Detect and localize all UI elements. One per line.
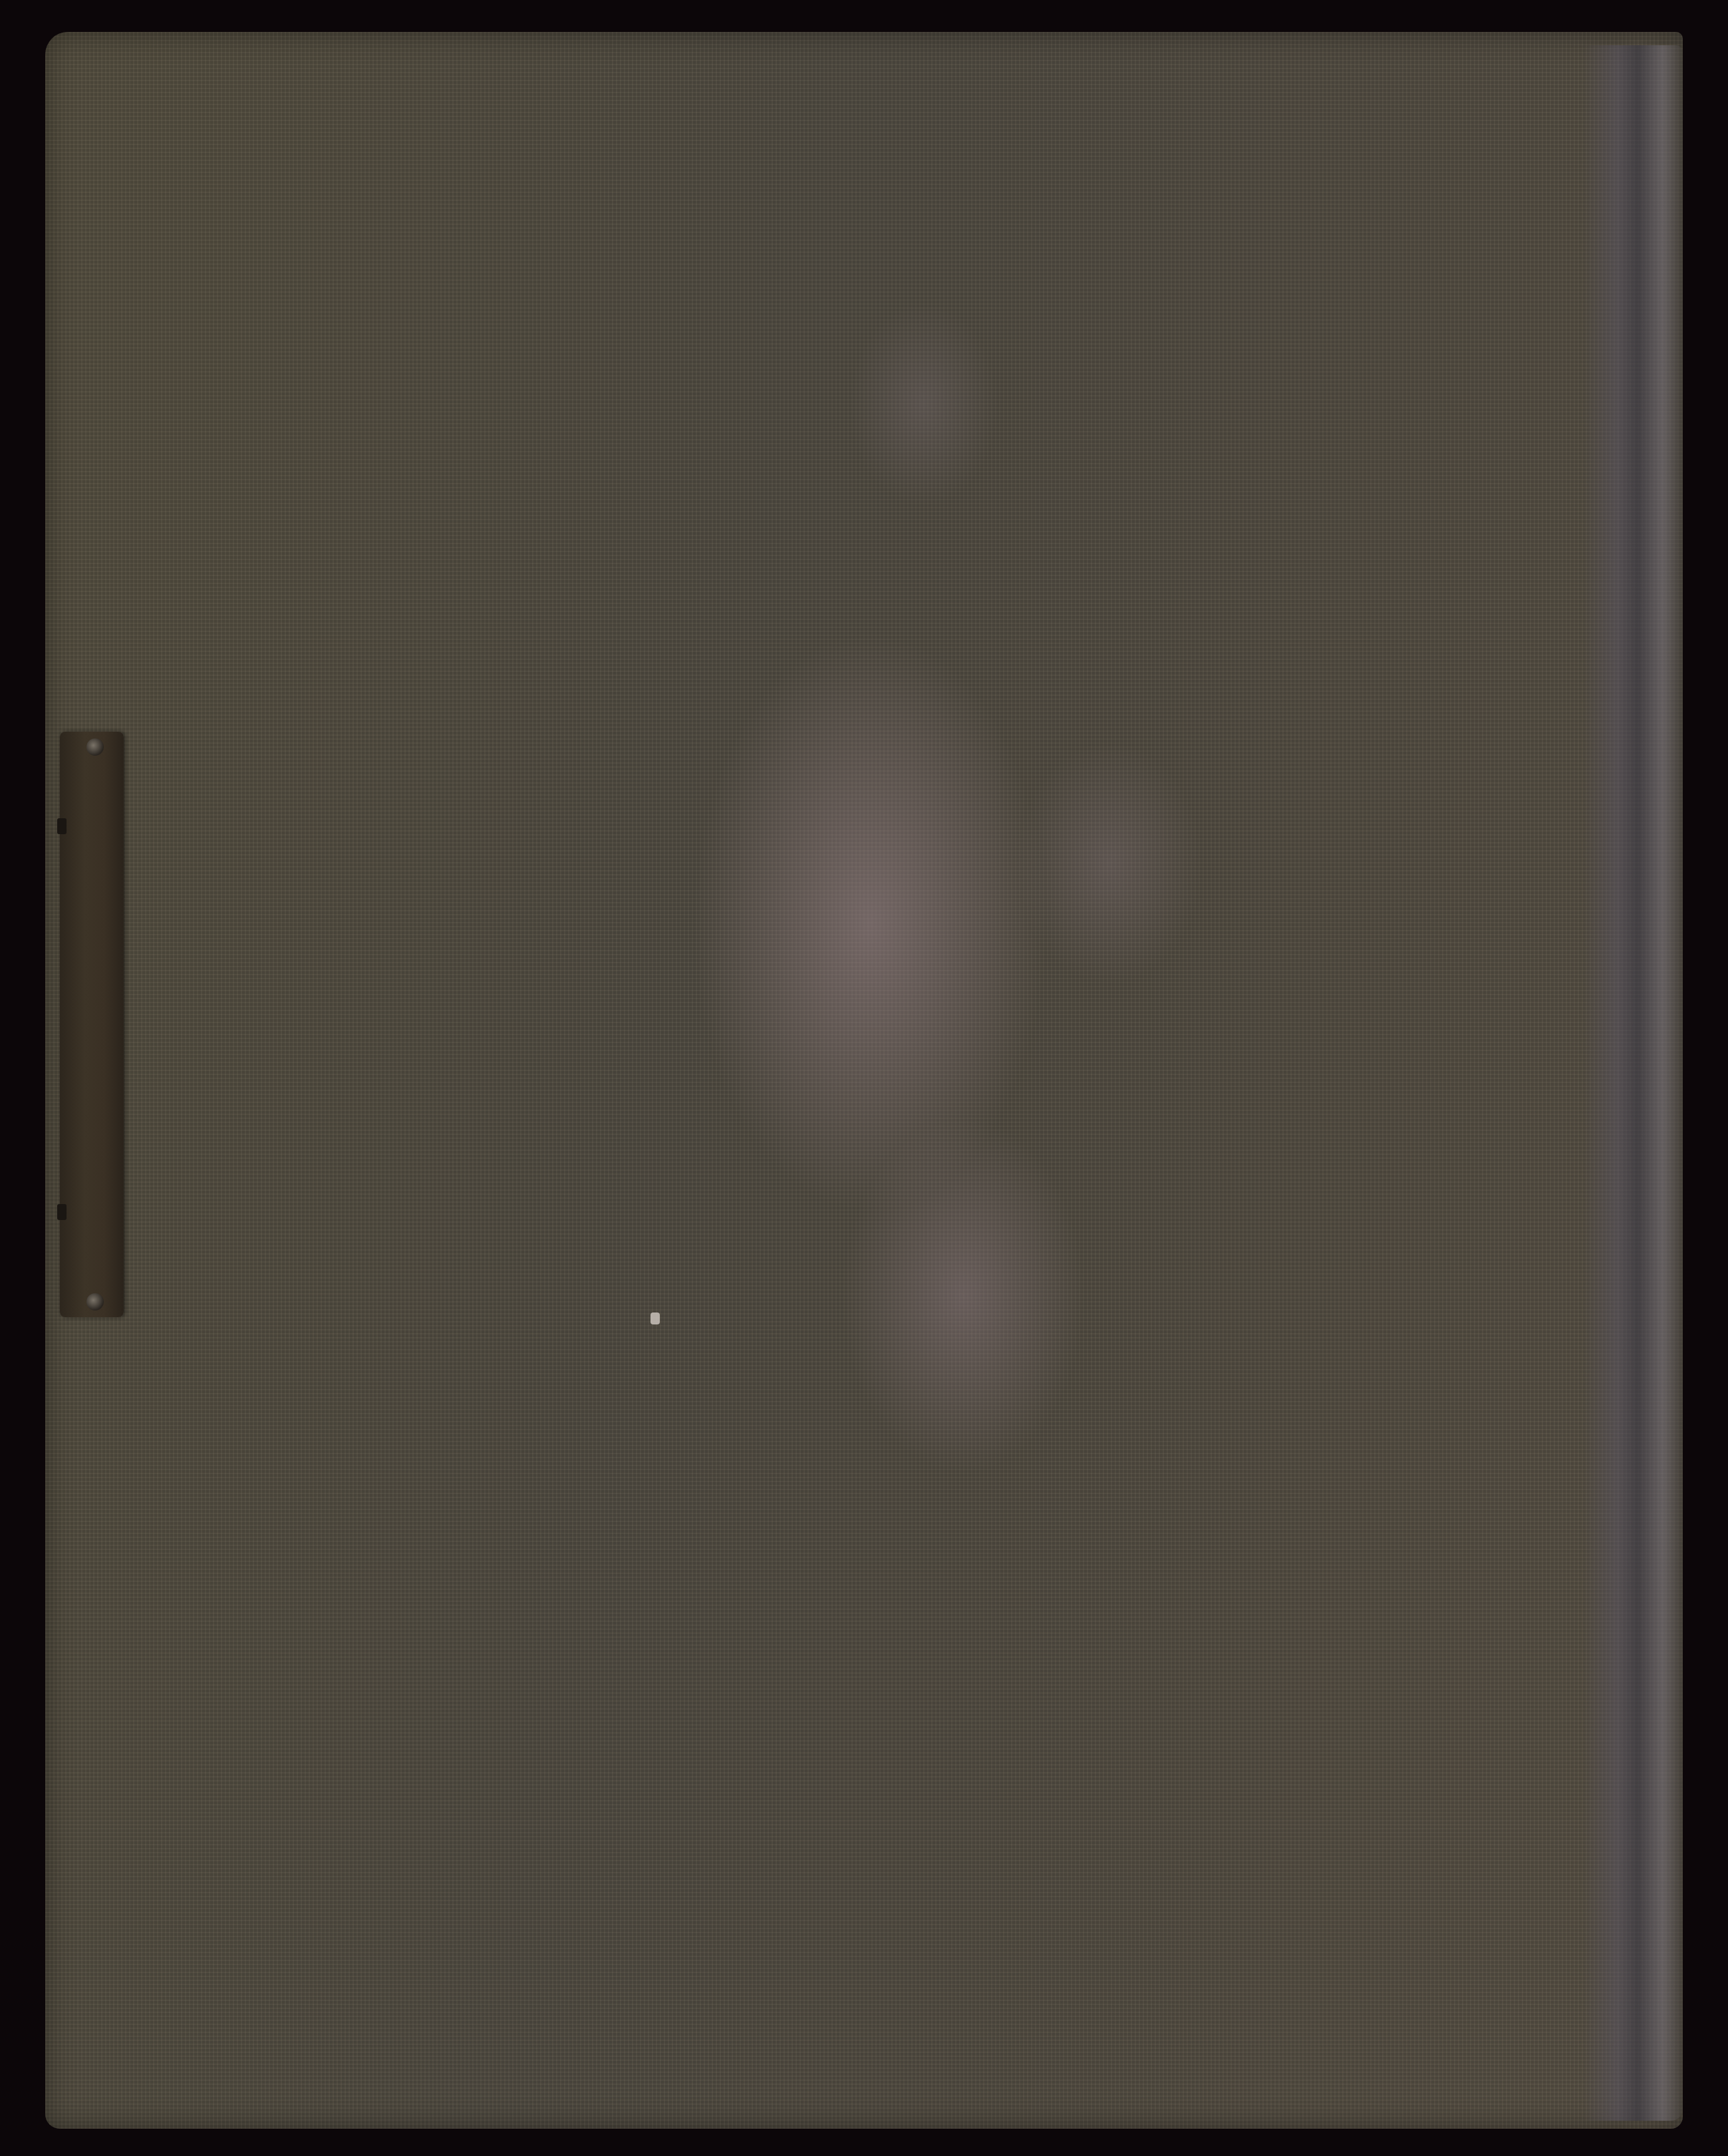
hinge-icon xyxy=(57,1204,67,1220)
metal-clasp xyxy=(60,732,124,1317)
rivet-icon xyxy=(86,738,104,756)
album-cover xyxy=(45,32,1683,2129)
hinge-icon xyxy=(57,818,67,834)
scuff-mark xyxy=(650,1312,660,1324)
rivet-icon xyxy=(86,1293,104,1310)
spine-edge xyxy=(1583,45,1683,2121)
